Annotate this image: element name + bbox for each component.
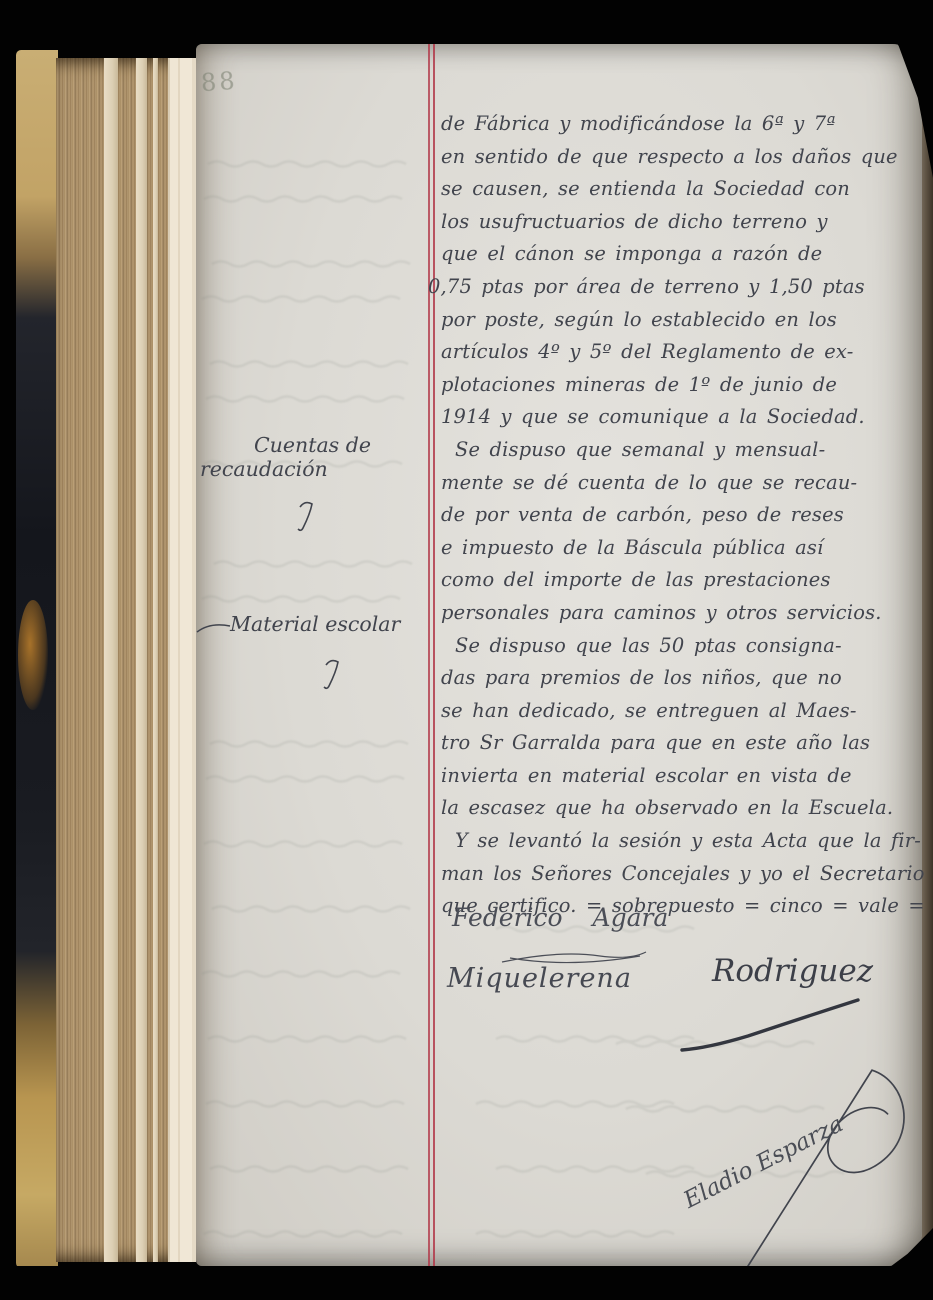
manuscript-line: Y se levantó la sesión y esta Acta que l…: [441, 829, 913, 862]
rubric-flourish-icon: [322, 658, 344, 692]
manuscript-line: invierta en material escolar en vista de: [441, 764, 913, 797]
manuscript-line: se causen, se entienda la Sociedad con: [441, 177, 913, 210]
red-margin-line: [428, 44, 430, 1266]
margin-note-material-escolar: Material escolar: [230, 612, 400, 636]
manuscript-line: Se dispuso que semanal y mensual-: [441, 438, 913, 471]
photo-background: [0, 1266, 933, 1300]
manuscript-line: mente se dé cuenta de lo que se recau-: [441, 471, 913, 504]
signature-councilor-2: Miquelerena: [447, 963, 632, 994]
manuscript-line: la escasez que ha observado en la Escuel…: [441, 796, 913, 829]
manuscript-line: de Fábrica y modificándose la 6ª y 7ª: [441, 112, 913, 145]
signature-underline-flourish-icon: [648, 998, 868, 1054]
page-edge-band: [153, 58, 158, 1262]
manuscript-line: que el cánon se imponga a razón de: [441, 242, 913, 275]
red-margin-line: [433, 44, 435, 1266]
manuscript-line: de por venta de carbón, peso de reses: [441, 503, 913, 536]
signature-councilor-3: Rodriguez: [712, 953, 873, 989]
manuscript-line: tro Sr Garralda para que en este año las: [441, 731, 913, 764]
manuscript-line: das para premios de los niños, que no: [441, 666, 913, 699]
photo-background: [0, 0, 933, 44]
cover-stain: [18, 600, 48, 710]
margin-note-line: recaudación: [200, 457, 420, 481]
manuscript-line: artículos 4º y 5º del Reglamento de ex-: [441, 340, 913, 373]
page-edge-band: [104, 58, 118, 1262]
manuscript-line: 0,75 ptas por área de terreno y 1,50 pta…: [428, 275, 913, 308]
manuscript-line: los usufructuarios de dicho terreno y: [441, 210, 913, 243]
margin-note-line: Cuentas de: [200, 433, 420, 457]
margin-note-cuentas: Cuentas de recaudación: [200, 433, 420, 481]
manuscript-line: plotaciones mineras de 1º de junio de: [441, 373, 913, 406]
manuscript-line: man los Señores Concejales y yo el Secre…: [441, 862, 913, 895]
page-edge-band: [168, 58, 196, 1262]
manuscript-line: Se dispuso que las 50 ptas consigna-: [441, 634, 913, 667]
manuscript-line: personales para caminos y otros servicio…: [441, 601, 913, 634]
book-photo: 88 Cuentas de recaudación Material escol…: [0, 0, 933, 1300]
page-stack-fore-edge: [56, 58, 196, 1262]
rubric-flourish-icon: [296, 500, 318, 534]
signature-councilor-1: Federico Agara: [452, 903, 668, 932]
manuscript-line: e impuesto de la Báscula pública así: [441, 536, 913, 569]
manuscript-line: 1914 y que se comunique a la Sociedad.: [441, 405, 913, 438]
page-edge-band: [136, 58, 147, 1262]
manuscript-line: por poste, según lo establecido en los: [441, 308, 913, 341]
manuscript-body-text: de Fábrica y modificándose la 6ª y 7ª en…: [441, 112, 913, 927]
manuscript-line: se han dedicado, se entreguen al Maes-: [441, 699, 913, 732]
leading-dash-flourish-icon: [196, 620, 232, 634]
pencil-page-number: 88: [200, 67, 238, 97]
manuscript-line: en sentido de que respecto a los daños q…: [441, 145, 913, 178]
manuscript-line: como del importe de las prestaciones: [441, 568, 913, 601]
